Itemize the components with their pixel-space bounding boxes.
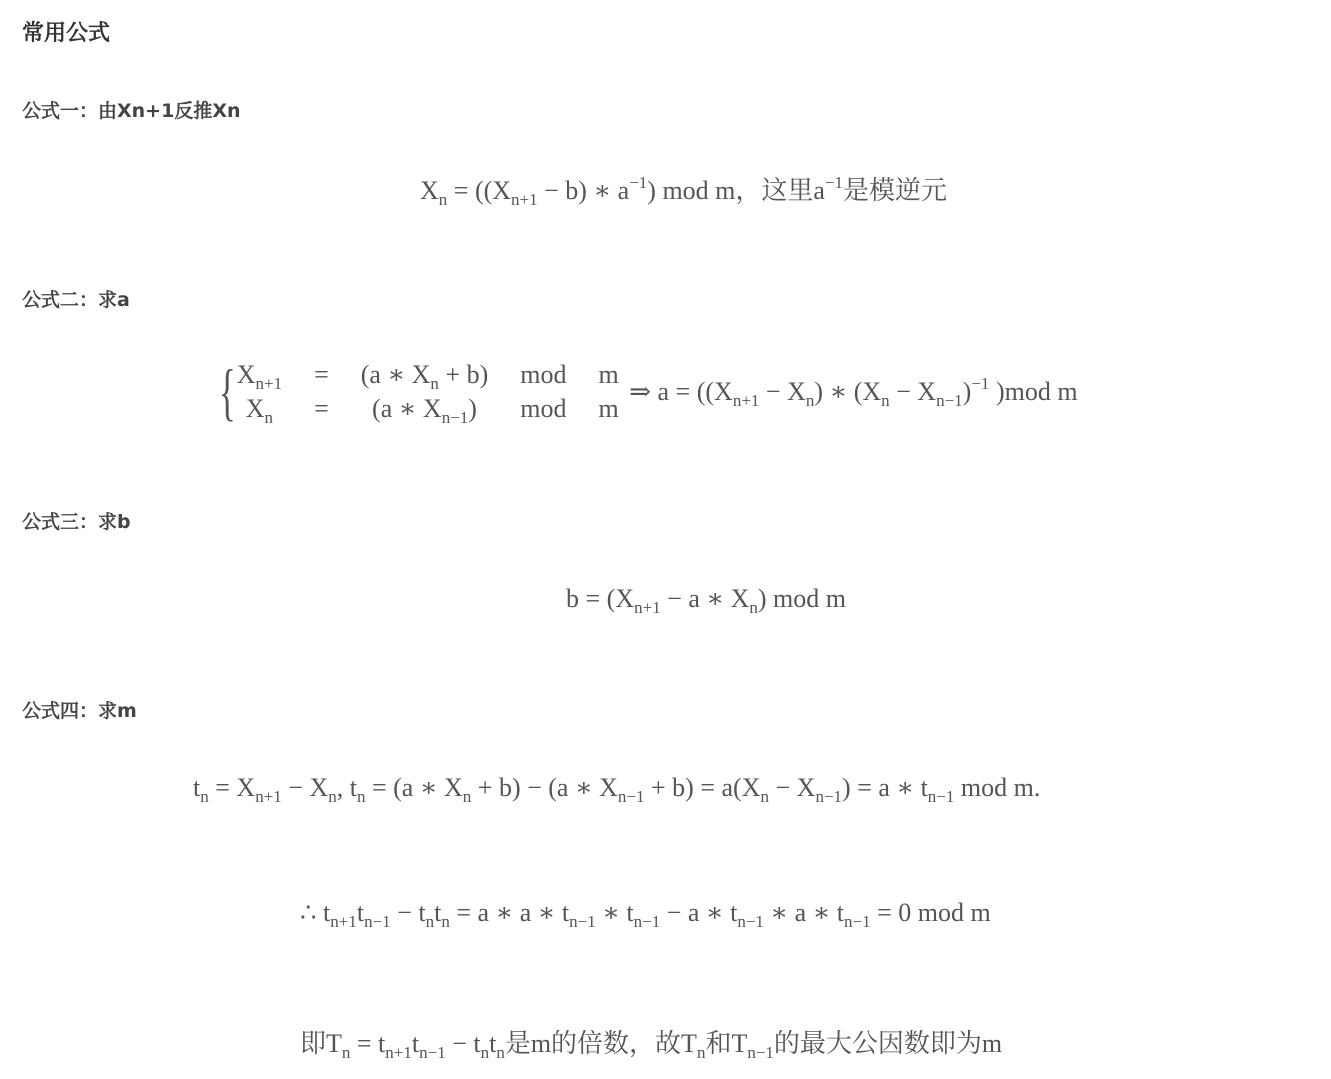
section-heading-1: 公式一：由Xn+1反推Xn — [22, 96, 241, 123]
formula-1: Xn = ((Xn+1 − b) ∗ a−1) mod m，这里a−1是模逆元 — [420, 170, 947, 207]
formula-2-result: ⇒ a = ((Xn+1 − Xn) ∗ (Xn − Xn−1)−1 )mod … — [629, 377, 1077, 406]
system-row-2: Xn = (a ∗ Xn−1) mod m — [237, 392, 635, 426]
formula-3: b = (Xn+1 − a ∗ Xn) mod m — [566, 584, 846, 614]
equation-system: { Xn+1 = (a ∗ Xn + b) mod m Xn = (a ∗ Xn… — [212, 358, 635, 426]
formula-4-line-2: ∴ tn+1tn−1 − tntn = a ∗ a ∗ tn−1 ∗ tn−1 … — [300, 898, 991, 928]
formula-2: { Xn+1 = (a ∗ Xn + b) mod m Xn = (a ∗ Xn… — [212, 358, 1078, 426]
formula-4-line-3: 即Tn = tn+1tn−1 − tntn是m的倍数，故Tn和Tn−1的最大公因… — [300, 1023, 1002, 1060]
left-brace: { — [219, 360, 236, 424]
section-heading-2: 公式二：求a — [22, 285, 130, 312]
page-title: 常用公式 — [22, 16, 110, 47]
system-row-1: Xn+1 = (a ∗ Xn + b) mod m — [237, 358, 635, 392]
section-heading-4: 公式四：求m — [22, 696, 137, 723]
section-heading-3: 公式三：求b — [22, 507, 131, 534]
formula-4-line-1: tn = Xn+1 − Xn, tn = (a ∗ Xn + b) − (a ∗… — [193, 773, 1040, 803]
